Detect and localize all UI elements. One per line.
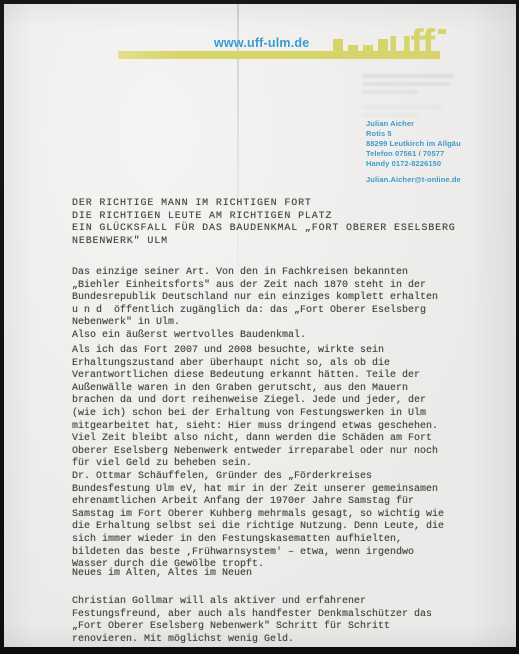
logo-dot-icon — [438, 29, 446, 34]
crenellation-block-icon — [378, 39, 388, 52]
letter-paragraph-2: Als ich das Fort 2007 und 2008 besuchte,… — [72, 345, 444, 572]
letter-paragraph-3: Christian Gollmar will als aktiver und e… — [72, 596, 432, 646]
crenellation-block-icon — [333, 39, 343, 52]
sender-email: Julian.Aicher@t-online.de — [366, 175, 461, 185]
crenellation-block-icon — [363, 45, 373, 52]
uff-logo: uff — [388, 24, 433, 64]
scan-frame: www.uff-ulm.de uff Julian Aicher Rotis 5… — [0, 0, 519, 654]
sender-contact-block: Julian Aicher Rotis 5 88299 Leutkirch im… — [366, 119, 461, 169]
ghost-text-showthrough — [362, 113, 420, 117]
ghost-text-showthrough — [362, 105, 442, 109]
ghost-text-showthrough — [362, 90, 418, 94]
letter-paper: www.uff-ulm.de uff Julian Aicher Rotis 5… — [4, 4, 516, 647]
crenellation-block-icon — [348, 45, 358, 52]
ghost-text-showthrough — [362, 82, 450, 86]
letter-paragraph-1: Das einzige seiner Art. Von den in Fachk… — [72, 267, 438, 343]
ghost-text-showthrough — [362, 74, 454, 78]
website-url: www.uff-ulm.de — [214, 36, 309, 50]
letter-subheading: Neues im Alten, Altes im Neuen — [72, 568, 252, 581]
letter-title: DER RICHTIGE MANN IM RICHTIGEN FORT DIE … — [72, 198, 456, 248]
